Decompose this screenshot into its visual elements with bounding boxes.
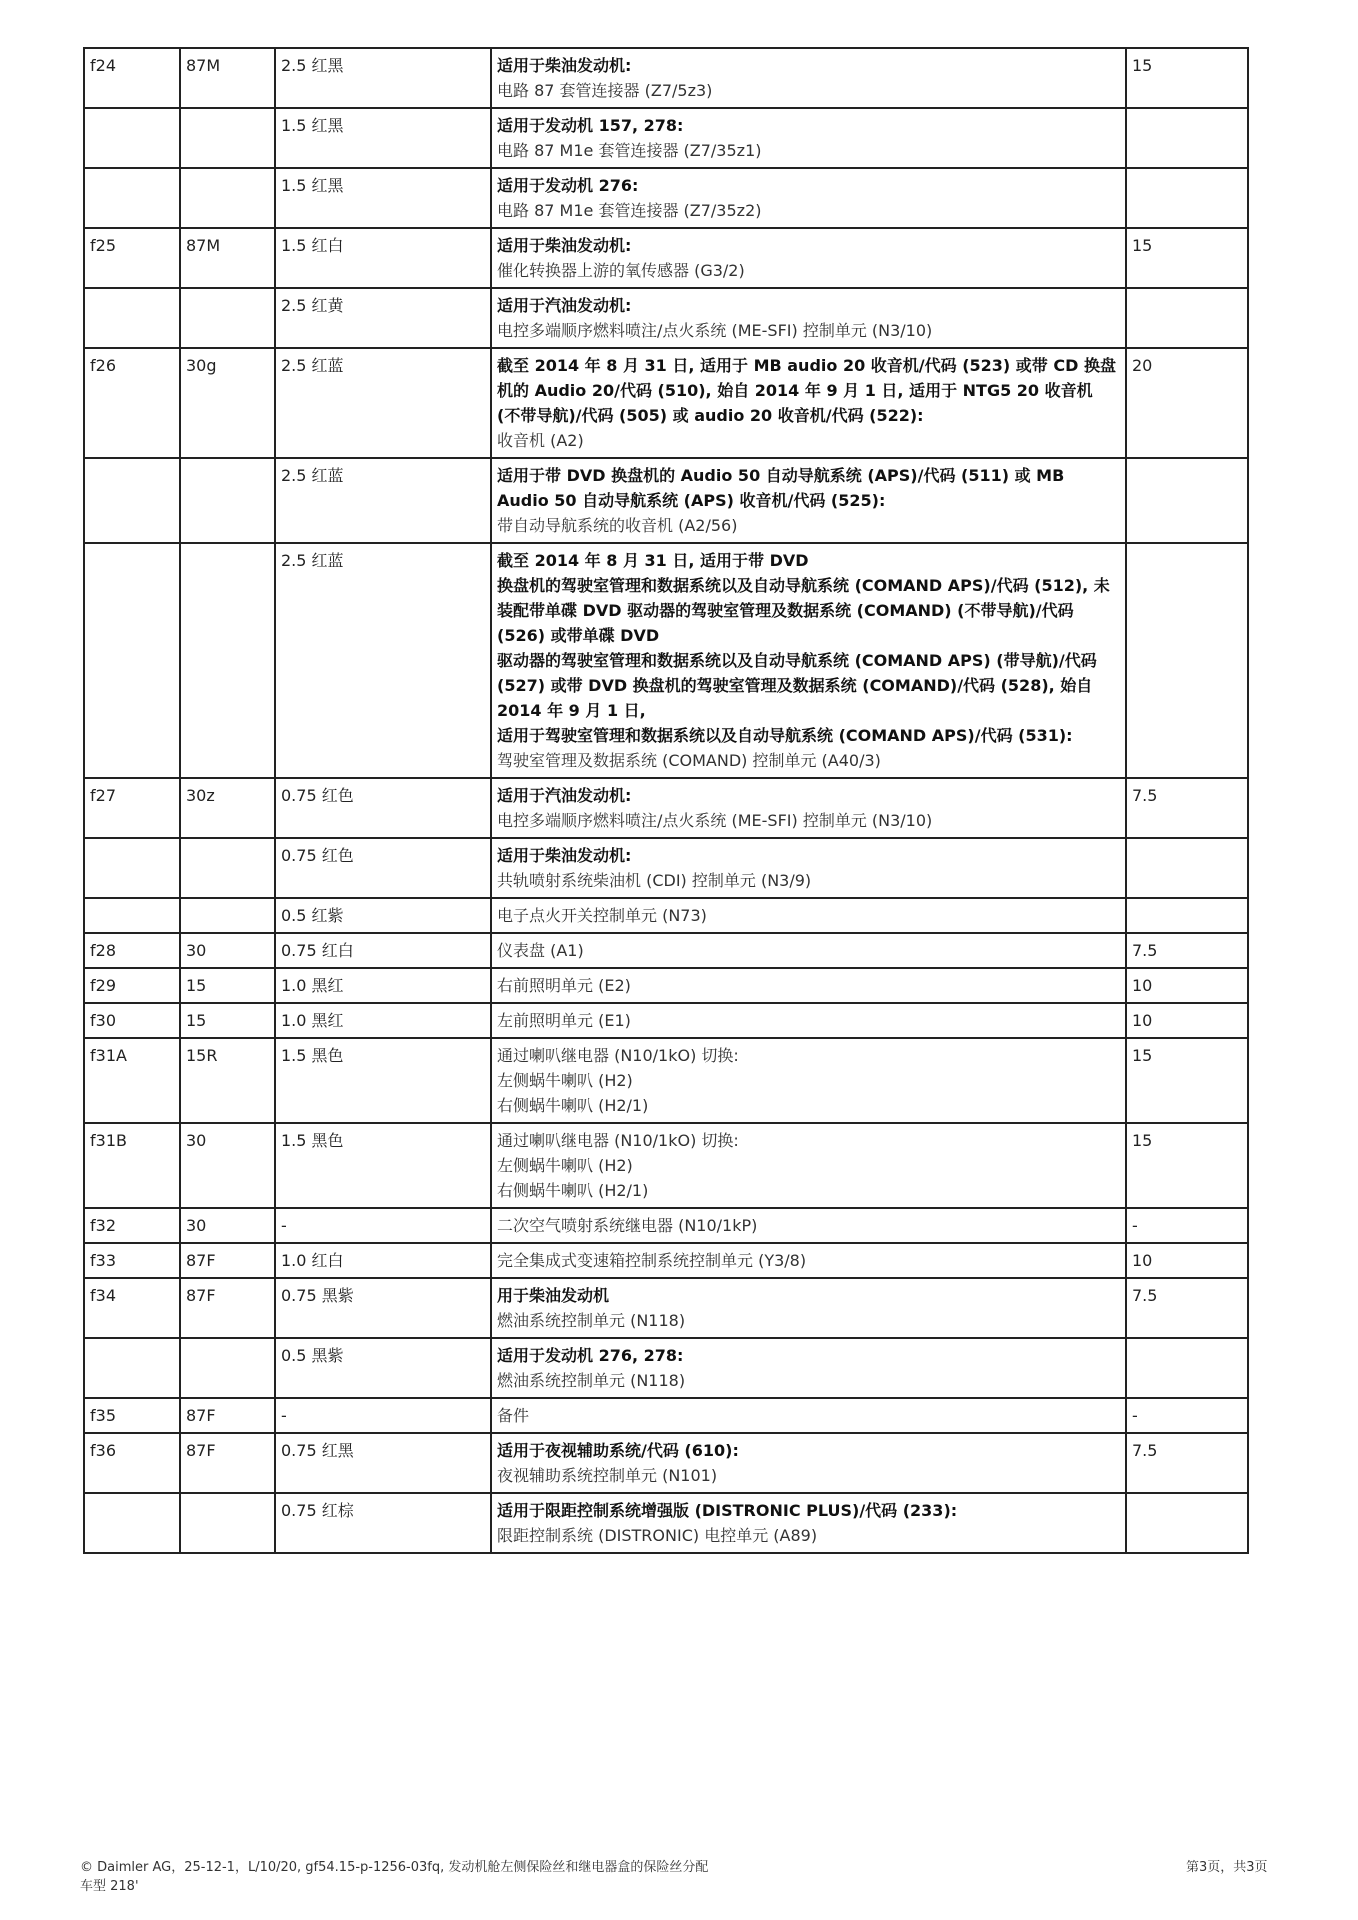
terminal-cell — [180, 108, 275, 168]
amperage-cell: 15 — [1126, 1123, 1248, 1208]
wire-cell: 1.0 黑红 — [275, 1003, 491, 1038]
wire-cell: 0.75 红棕 — [275, 1493, 491, 1553]
component-text: 左侧蜗牛喇叭 (H2) — [497, 1068, 1120, 1093]
component-text: 二次空气喷射系统继电器 (N10/1kP) — [497, 1213, 1120, 1238]
fuse-id-cell — [84, 1338, 180, 1398]
table-row: 0.5 黑紫适用于发动机 276, 278:燃油系统控制单元 (N118) — [84, 1338, 1248, 1398]
fuse-id-cell: f31A — [84, 1038, 180, 1123]
amperage-cell — [1126, 288, 1248, 348]
condition-text: 适用于发动机 276: — [497, 173, 1120, 198]
fuse-id-cell: f29 — [84, 968, 180, 1003]
fuse-id-cell: f25 — [84, 228, 180, 288]
consumer-cell: 截至 2014 年 8 月 31 日, 适用于带 DVD换盘机的驾驶室管理和数据… — [491, 543, 1126, 778]
condition-text: 用于柴油发动机 — [497, 1283, 1120, 1308]
condition-text: 适用于柴油发动机: — [497, 53, 1120, 78]
terminal-cell: 30g — [180, 348, 275, 458]
consumer-cell: 适用于限距控制系统增强版 (DISTRONIC PLUS)/代码 (233):限… — [491, 1493, 1126, 1553]
component-text: 催化转换器上游的氧传感器 (G3/2) — [497, 258, 1120, 283]
amperage-cell — [1126, 898, 1248, 933]
consumer-cell: 电子点火开关控制单元 (N73) — [491, 898, 1126, 933]
condition-text: 适用于限距控制系统增强版 (DISTRONIC PLUS)/代码 (233): — [497, 1498, 1120, 1523]
wire-cell: 0.75 红色 — [275, 778, 491, 838]
condition-text: 截至 2014 年 8 月 31 日, 适用于带 DVD — [497, 548, 1120, 573]
table-row: f2630g2.5 红蓝截至 2014 年 8 月 31 日, 适用于 MB a… — [84, 348, 1248, 458]
wire-cell: - — [275, 1398, 491, 1433]
fuse-assignment-table: f2487M2.5 红黑适用于柴油发动机:电路 87 套管连接器 (Z7/5z3… — [83, 47, 1249, 1554]
component-text: 燃油系统控制单元 (N118) — [497, 1308, 1120, 1333]
table-row: 2.5 红蓝截至 2014 年 8 月 31 日, 适用于带 DVD换盘机的驾驶… — [84, 543, 1248, 778]
fuse-id-cell: f36 — [84, 1433, 180, 1493]
component-text: 左侧蜗牛喇叭 (H2) — [497, 1153, 1120, 1178]
terminal-cell: 15 — [180, 1003, 275, 1038]
component-text: 右侧蜗牛喇叭 (H2/1) — [497, 1178, 1120, 1203]
terminal-cell: 87F — [180, 1398, 275, 1433]
component-text: 左前照明单元 (E1) — [497, 1008, 1120, 1033]
terminal-cell: 30 — [180, 933, 275, 968]
table-row: f3387F1.0 红白 完全集成式变速箱控制系统控制单元 (Y3/8)10 — [84, 1243, 1248, 1278]
table-row: f31B301.5 黑色通过喇叭继电器 (N10/1kO) 切换:左侧蜗牛喇叭 … — [84, 1123, 1248, 1208]
table-row: f2730z0.75 红色适用于汽油发动机:电控多端顺序燃料喷注/点火系统 (M… — [84, 778, 1248, 838]
component-text: 燃油系统控制单元 (N118) — [497, 1368, 1120, 1393]
consumer-cell: 适用于带 DVD 换盘机的 Audio 50 自动导航系统 (APS)/代码 (… — [491, 458, 1126, 543]
consumer-cell: 左前照明单元 (E1) — [491, 1003, 1126, 1038]
condition-text: 适用于柴油发动机: — [497, 233, 1120, 258]
component-text: 限距控制系统 (DISTRONIC) 电控单元 (A89) — [497, 1523, 1120, 1548]
amperage-cell: 10 — [1126, 1243, 1248, 1278]
terminal-cell: 87M — [180, 48, 275, 108]
terminal-cell — [180, 1493, 275, 1553]
table-row: f3687F0.75 红黑适用于夜视辅助系统/代码 (610):夜视辅助系统控制… — [84, 1433, 1248, 1493]
fuse-id-cell: f24 — [84, 48, 180, 108]
wire-cell: 1.5 红白 — [275, 228, 491, 288]
wire-cell: 1.5 黑色 — [275, 1123, 491, 1208]
consumer-cell: 用于柴油发动机燃油系统控制单元 (N118) — [491, 1278, 1126, 1338]
terminal-cell — [180, 898, 275, 933]
consumer-cell: 适用于柴油发动机:共轨喷射系统柴油机 (CDI) 控制单元 (N3/9) — [491, 838, 1126, 898]
condition-text: 适用于驾驶室管理和数据系统以及自动导航系统 (COMAND APS)/代码 (5… — [497, 723, 1120, 748]
amperage-cell — [1126, 1493, 1248, 1553]
fuse-id-cell — [84, 288, 180, 348]
consumer-cell: 适用于发动机 276:电路 87 M1e 套管连接器 (Z7/35z2) — [491, 168, 1126, 228]
table-row: f29151.0 黑红 右前照明单元 (E2)10 — [84, 968, 1248, 1003]
table-row: f3587F- 备件- — [84, 1398, 1248, 1433]
consumer-cell: 通过喇叭继电器 (N10/1kO) 切换:左侧蜗牛喇叭 (H2)右侧蜗牛喇叭 (… — [491, 1038, 1126, 1123]
terminal-cell: 30 — [180, 1123, 275, 1208]
wire-cell: 2.5 红蓝 — [275, 348, 491, 458]
terminal-cell — [180, 288, 275, 348]
component-text: 收音机 (A2) — [497, 428, 1120, 453]
footer-document-info: © Daimler AG，25-12-1，L/10/20, gf54.15-p-… — [80, 1858, 708, 1896]
terminal-cell: 87F — [180, 1433, 275, 1493]
terminal-cell: 87F — [180, 1278, 275, 1338]
table-row: f2487M2.5 红黑适用于柴油发动机:电路 87 套管连接器 (Z7/5z3… — [84, 48, 1248, 108]
amperage-cell: 10 — [1126, 968, 1248, 1003]
component-text: 电子点火开关控制单元 (N73) — [497, 903, 1120, 928]
table-row: 0.5 红紫 电子点火开关控制单元 (N73) — [84, 898, 1248, 933]
wire-cell: 2.5 红蓝 — [275, 543, 491, 778]
consumer-cell: 通过喇叭继电器 (N10/1kO) 切换:左侧蜗牛喇叭 (H2)右侧蜗牛喇叭 (… — [491, 1123, 1126, 1208]
consumer-cell: 备件 — [491, 1398, 1126, 1433]
condition-text: 适用于带 DVD 换盘机的 Audio 50 自动导航系统 (APS)/代码 (… — [497, 463, 1120, 513]
table-row: 1.5 红黑适用于发动机 276:电路 87 M1e 套管连接器 (Z7/35z… — [84, 168, 1248, 228]
table-row: 0.75 红色适用于柴油发动机:共轨喷射系统柴油机 (CDI) 控制单元 (N3… — [84, 838, 1248, 898]
table-row: 1.5 红黑适用于发动机 157, 278:电路 87 M1e 套管连接器 (Z… — [84, 108, 1248, 168]
component-text: 仪表盘 (A1) — [497, 938, 1120, 963]
amperage-cell: 7.5 — [1126, 778, 1248, 838]
fuse-id-cell: f35 — [84, 1398, 180, 1433]
amperage-cell: 7.5 — [1126, 1433, 1248, 1493]
component-text: 电路 87 套管连接器 (Z7/5z3) — [497, 78, 1120, 103]
component-text: 完全集成式变速箱控制系统控制单元 (Y3/8) — [497, 1248, 1120, 1273]
terminal-cell — [180, 458, 275, 543]
amperage-cell — [1126, 543, 1248, 778]
consumer-cell: 适用于柴油发动机:催化转换器上游的氧传感器 (G3/2) — [491, 228, 1126, 288]
amperage-cell: 15 — [1126, 228, 1248, 288]
fuse-id-cell: f30 — [84, 1003, 180, 1038]
fuse-id-cell: f33 — [84, 1243, 180, 1278]
condition-text: 驱动器的驾驶室管理和数据系统以及自动导航系统 (COMAND APS) (带导航… — [497, 648, 1120, 723]
condition-text: 适用于发动机 276, 278: — [497, 1343, 1120, 1368]
wire-cell: 0.75 红黑 — [275, 1433, 491, 1493]
component-text: 右前照明单元 (E2) — [497, 973, 1120, 998]
wire-cell: 1.0 黑红 — [275, 968, 491, 1003]
amperage-cell — [1126, 168, 1248, 228]
fuse-id-cell — [84, 838, 180, 898]
table-row: f30151.0 黑红 左前照明单元 (E1)10 — [84, 1003, 1248, 1038]
terminal-cell — [180, 838, 275, 898]
component-text: 共轨喷射系统柴油机 (CDI) 控制单元 (N3/9) — [497, 868, 1120, 893]
amperage-cell: - — [1126, 1208, 1248, 1243]
component-text: 带自动导航系统的收音机 (A2/56) — [497, 513, 1120, 538]
fuse-id-cell — [84, 458, 180, 543]
amperage-cell: 15 — [1126, 1038, 1248, 1123]
fuse-id-cell: f27 — [84, 778, 180, 838]
amperage-cell: 7.5 — [1126, 933, 1248, 968]
terminal-cell: 15 — [180, 968, 275, 1003]
consumer-cell: 适用于汽油发动机:电控多端顺序燃料喷注/点火系统 (ME-SFI) 控制单元 (… — [491, 778, 1126, 838]
fuse-id-cell — [84, 168, 180, 228]
component-text: 通过喇叭继电器 (N10/1kO) 切换: — [497, 1128, 1120, 1153]
terminal-cell: 87M — [180, 228, 275, 288]
table-row: f28300.75 红白 仪表盘 (A1)7.5 — [84, 933, 1248, 968]
amperage-cell: 10 — [1126, 1003, 1248, 1038]
table-row: f2587M1.5 红白适用于柴油发动机:催化转换器上游的氧传感器 (G3/2)… — [84, 228, 1248, 288]
wire-cell: 1.5 红黑 — [275, 108, 491, 168]
consumer-cell: 适用于发动机 276, 278:燃油系统控制单元 (N118) — [491, 1338, 1126, 1398]
component-text: 备件 — [497, 1403, 1120, 1428]
table-row: 2.5 红黄适用于汽油发动机:电控多端顺序燃料喷注/点火系统 (ME-SFI) … — [84, 288, 1248, 348]
table-row: f3487F0.75 黑紫用于柴油发动机燃油系统控制单元 (N118)7.5 — [84, 1278, 1248, 1338]
wire-cell: 1.5 红黑 — [275, 168, 491, 228]
component-text: 夜视辅助系统控制单元 (N101) — [497, 1463, 1120, 1488]
wire-cell: 0.75 红白 — [275, 933, 491, 968]
terminal-cell: 87F — [180, 1243, 275, 1278]
footer-line-1: © Daimler AG，25-12-1，L/10/20, gf54.15-p-… — [80, 1858, 708, 1877]
fuse-id-cell: f32 — [84, 1208, 180, 1243]
component-text: 电路 87 M1e 套管连接器 (Z7/35z1) — [497, 138, 1120, 163]
component-text: 电控多端顺序燃料喷注/点火系统 (ME-SFI) 控制单元 (N3/10) — [497, 808, 1120, 833]
wire-cell: 2.5 红蓝 — [275, 458, 491, 543]
fuse-id-cell — [84, 1493, 180, 1553]
consumer-cell: 仪表盘 (A1) — [491, 933, 1126, 968]
wire-cell: 0.5 红紫 — [275, 898, 491, 933]
amperage-cell — [1126, 1338, 1248, 1398]
component-text: 电路 87 M1e 套管连接器 (Z7/35z2) — [497, 198, 1120, 223]
amperage-cell — [1126, 838, 1248, 898]
fuse-id-cell: f28 — [84, 933, 180, 968]
table-row: 2.5 红蓝适用于带 DVD 换盘机的 Audio 50 自动导航系统 (APS… — [84, 458, 1248, 543]
consumer-cell: 适用于汽油发动机:电控多端顺序燃料喷注/点火系统 (ME-SFI) 控制单元 (… — [491, 288, 1126, 348]
condition-text: 适用于柴油发动机: — [497, 843, 1120, 868]
component-text: 电控多端顺序燃料喷注/点火系统 (ME-SFI) 控制单元 (N3/10) — [497, 318, 1120, 343]
table-row: f31A15R1.5 黑色通过喇叭继电器 (N10/1kO) 切换:左侧蜗牛喇叭… — [84, 1038, 1248, 1123]
consumer-cell: 截至 2014 年 8 月 31 日, 适用于 MB audio 20 收音机/… — [491, 348, 1126, 458]
condition-text: 换盘机的驾驶室管理和数据系统以及自动导航系统 (COMAND APS)/代码 (… — [497, 573, 1120, 648]
amperage-cell — [1126, 108, 1248, 168]
page-number: 第3页，共3页 — [1186, 1858, 1268, 1877]
fuse-id-cell: f31B — [84, 1123, 180, 1208]
condition-text: 截至 2014 年 8 月 31 日, 适用于 MB audio 20 收音机/… — [497, 353, 1120, 428]
wire-cell: 2.5 红黑 — [275, 48, 491, 108]
condition-text: 适用于汽油发动机: — [497, 293, 1120, 318]
terminal-cell: 15R — [180, 1038, 275, 1123]
consumer-cell: 适用于发动机 157, 278:电路 87 M1e 套管连接器 (Z7/35z1… — [491, 108, 1126, 168]
terminal-cell — [180, 543, 275, 778]
consumer-cell: 完全集成式变速箱控制系统控制单元 (Y3/8) — [491, 1243, 1126, 1278]
consumer-cell: 适用于夜视辅助系统/代码 (610):夜视辅助系统控制单元 (N101) — [491, 1433, 1126, 1493]
wire-cell: 0.75 黑紫 — [275, 1278, 491, 1338]
wire-cell: 0.75 红色 — [275, 838, 491, 898]
wire-cell: 1.5 黑色 — [275, 1038, 491, 1123]
table-row: 0.75 红棕适用于限距控制系统增强版 (DISTRONIC PLUS)/代码 … — [84, 1493, 1248, 1553]
component-text: 通过喇叭继电器 (N10/1kO) 切换: — [497, 1043, 1120, 1068]
wire-cell: 0.5 黑紫 — [275, 1338, 491, 1398]
condition-text: 适用于汽油发动机: — [497, 783, 1120, 808]
terminal-cell: 30 — [180, 1208, 275, 1243]
amperage-cell — [1126, 458, 1248, 543]
fuse-id-cell — [84, 543, 180, 778]
consumer-cell: 右前照明单元 (E2) — [491, 968, 1126, 1003]
amperage-cell: 7.5 — [1126, 1278, 1248, 1338]
amperage-cell: 20 — [1126, 348, 1248, 458]
wire-cell: 1.0 红白 — [275, 1243, 491, 1278]
consumer-cell: 适用于柴油发动机:电路 87 套管连接器 (Z7/5z3) — [491, 48, 1126, 108]
wire-cell: 2.5 红黄 — [275, 288, 491, 348]
component-text: 驾驶室管理及数据系统 (COMAND) 控制单元 (A40/3) — [497, 748, 1120, 773]
consumer-cell: 二次空气喷射系统继电器 (N10/1kP) — [491, 1208, 1126, 1243]
amperage-cell: - — [1126, 1398, 1248, 1433]
terminal-cell — [180, 1338, 275, 1398]
table-row: f3230- 二次空气喷射系统继电器 (N10/1kP)- — [84, 1208, 1248, 1243]
component-text: 右侧蜗牛喇叭 (H2/1) — [497, 1093, 1120, 1118]
fuse-id-cell — [84, 108, 180, 168]
fuse-id-cell: f34 — [84, 1278, 180, 1338]
condition-text: 适用于夜视辅助系统/代码 (610): — [497, 1438, 1120, 1463]
terminal-cell: 30z — [180, 778, 275, 838]
fuse-id-cell: f26 — [84, 348, 180, 458]
condition-text: 适用于发动机 157, 278: — [497, 113, 1120, 138]
footer-line-2: 车型 218' — [80, 1877, 708, 1896]
fuse-id-cell — [84, 898, 180, 933]
amperage-cell: 15 — [1126, 48, 1248, 108]
terminal-cell — [180, 168, 275, 228]
wire-cell: - — [275, 1208, 491, 1243]
